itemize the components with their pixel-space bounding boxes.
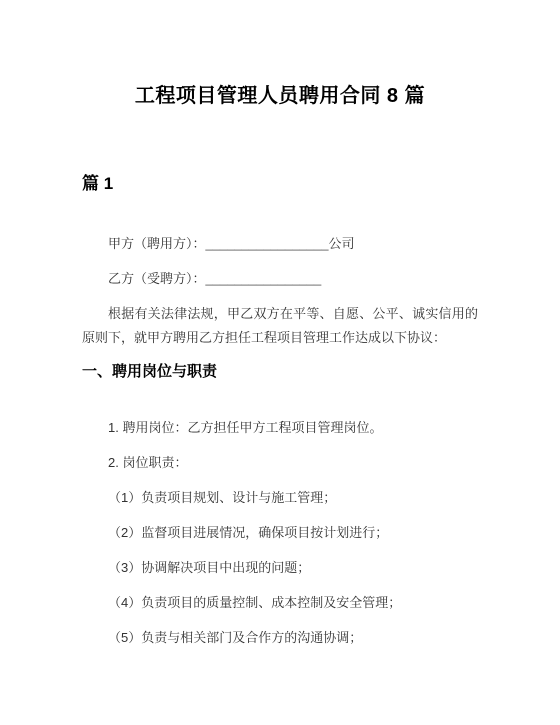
clause-item: （4）负责项目的质量控制、成本控制及安全管理；: [82, 591, 478, 615]
party-a-suffix: 公司: [328, 236, 354, 251]
party-b-label: 乙方（受聘方）：: [108, 271, 206, 286]
clause-1-heading: 一、聘用岗位与职责: [82, 361, 478, 383]
clause-item: 2. 岗位职责：: [82, 451, 478, 475]
clause-item: 1. 聘用岗位：乙方担任甲方工程项目管理岗位。: [82, 416, 478, 440]
preamble-paragraph: 根据有关法律法规，甲乙双方在平等、自愿、公平、诚实信用的原则下，就甲方聘用乙方担…: [82, 302, 478, 350]
clause-item: （3）协调解决项目中出现的问题；: [82, 556, 478, 580]
party-a-line: 甲方（聘用方）：_________________公司: [82, 232, 478, 256]
party-b-line: 乙方（受聘方）：________________: [82, 267, 478, 291]
party-b-blank: ________________: [206, 271, 322, 286]
document-title: 工程项目管理人员聘用合同 8 篇: [82, 84, 478, 108]
party-a-blank: _________________: [206, 236, 329, 251]
clause-item: （5）负责与相关部门及合作方的沟通协调；: [82, 626, 478, 650]
clause-item: （1）负责项目规划、设计与施工管理；: [82, 486, 478, 510]
document-page: 工程项目管理人员聘用合同 8 篇 篇 1 甲方（聘用方）：___________…: [0, 0, 560, 725]
clause-item: （2）监督项目进展情况，确保项目按计划进行；: [82, 521, 478, 545]
party-a-label: 甲方（聘用方）：: [108, 236, 206, 251]
section-heading: 篇 1: [82, 173, 478, 195]
